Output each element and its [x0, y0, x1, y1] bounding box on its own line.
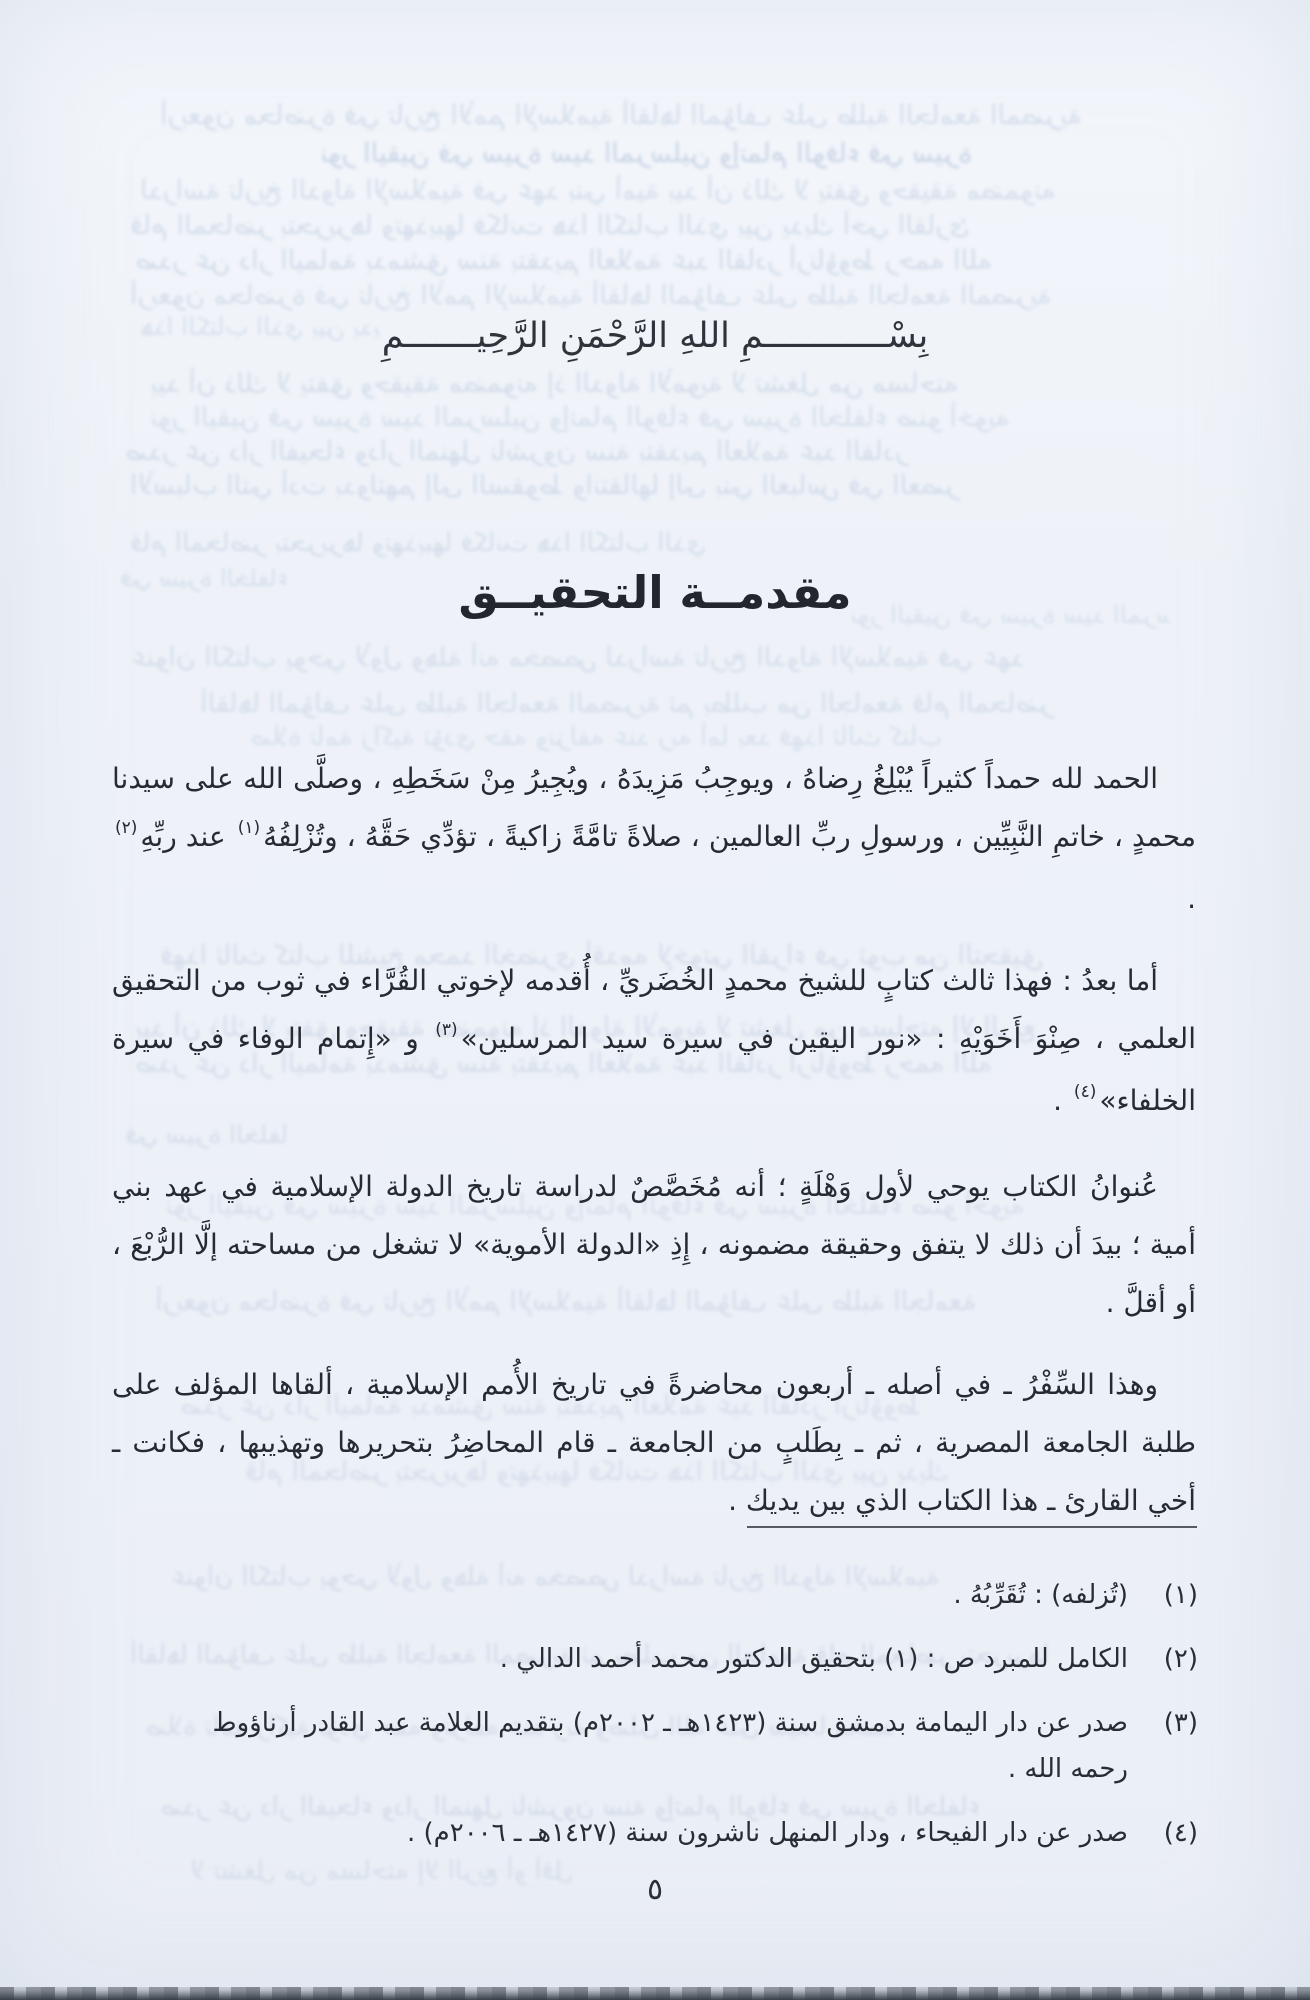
bleed-through-line: لدراسة تاريخ الدولة الإسلامية في عهد بني… [140, 175, 1170, 206]
footnote-marker: (٤) [1074, 1082, 1096, 1102]
footnote: (٣)صدر عن دار اليمامة بدمشق سنة (١٤٢٣هـ … [120, 1700, 1198, 1792]
footnotes-block: (١)(تُزلفه) : تُقَرِّبُهُ .(٢)الكامل للم… [120, 1572, 1198, 1874]
bleed-through-line: ألقاها المؤلف على طلبة الجامعة المصرية ث… [200, 688, 1160, 719]
paragraph: الحمد لله حمداً كثيراً يُبْلِغُ رِضاهُ ،… [112, 750, 1196, 928]
basmala-calligraphy: بِسْــــــــــــمِ اللهِ الرَّحْمَنِ الر… [0, 316, 1310, 356]
paragraph: أما بعدُ : فهذا ثالث كتابٍ للشيخ محمدٍ ا… [112, 952, 1196, 1134]
footnote-number: (٢) [1144, 1636, 1198, 1682]
footnote-text: الكامل للمبرد ص : (١) بتحقيق الدكتور محم… [120, 1636, 1128, 1682]
bleed-through-line: صدر عن دار اليمامة بدمشق سنة بتقديم العل… [135, 245, 1175, 276]
bleed-through-line: بيد أن ذلك لا يتفق وحقيقة مضمونه إذ الدو… [150, 368, 1100, 399]
bleed-through-line: قام المحاضر بتحريرها وتهذيبها فكانت هذا … [130, 528, 710, 558]
bleed-through-line: أربعون محاضرة في تاريخ الأمم الإسلامية أ… [130, 280, 1170, 311]
page-number: ٥ [0, 1872, 1310, 1907]
footnote-marker: (١) [238, 818, 260, 838]
bleed-through-line: صدر عن دار الفيحاء ودار المنهل ناشرون سن… [125, 436, 1185, 467]
bleed-through-line: أربعون محاضرة في تاريخ الأمم الإسلامية أ… [160, 100, 1160, 131]
paragraph: عُنوانُ الكتاب يوحي لأول وَهْلَةٍ ؛ أنه … [112, 1158, 1196, 1332]
bleed-through-line: عنوان الكتاب يوحي لأول وهلة أنه مخصص لدر… [130, 642, 1180, 673]
paragraph: وهذا السِّفْرُ ـ في أصله ـ أربعون محاضرة… [112, 1356, 1196, 1530]
bleed-through-line: نور اليقين في سيرة سيد المرسلين وإتمام ا… [150, 402, 1150, 433]
footnote-text: (تُزلفه) : تُقَرِّبُهُ . [120, 1572, 1128, 1618]
bleed-through-line: نور اليقين في سيرة سيد المرسلين وإتمام ا… [320, 138, 980, 169]
footnote-number: (٤) [1144, 1810, 1198, 1856]
book-page-scan: أربعون محاضرة في تاريخ الأمم الإسلامية أ… [0, 0, 1310, 2000]
footnote-text: صدر عن دار اليمامة بدمشق سنة (١٤٢٣هـ ـ ٢… [120, 1700, 1128, 1792]
footnote-marker: (٢) [115, 818, 137, 838]
bleed-through-line: الأسباب التي أدت بدولتهم إلى السقوط وانت… [130, 470, 1190, 501]
footnote-divider [747, 1526, 1197, 1528]
section-heading: مقدمــة التحقيــق [0, 566, 1310, 619]
bleed-through-line: قام المحاضر بتحريرها وتهذيبها فكانت هذا … [130, 210, 1180, 241]
footnote-number: (١) [1144, 1572, 1198, 1618]
footnote: (٤)صدر عن دار الفيحاء ، ودار المنهل ناشر… [120, 1810, 1198, 1856]
bleed-through-line: صلاة تامة زاكية تؤدي حقه وتزلفه عند ربه … [250, 722, 1140, 752]
footnote-text: صدر عن دار الفيحاء ، ودار المنهل ناشرون … [120, 1810, 1128, 1856]
body-paragraphs: الحمد لله حمداً كثيراً يُبْلِغُ رِضاهُ ،… [112, 750, 1196, 1554]
footnote-marker: (٣) [435, 1020, 457, 1040]
footnote-number: (٣) [1144, 1700, 1198, 1792]
scan-bottom-edge [0, 1987, 1310, 2000]
footnote: (١)(تُزلفه) : تُقَرِّبُهُ . [120, 1572, 1198, 1618]
footnote: (٢)الكامل للمبرد ص : (١) بتحقيق الدكتور … [120, 1636, 1198, 1682]
